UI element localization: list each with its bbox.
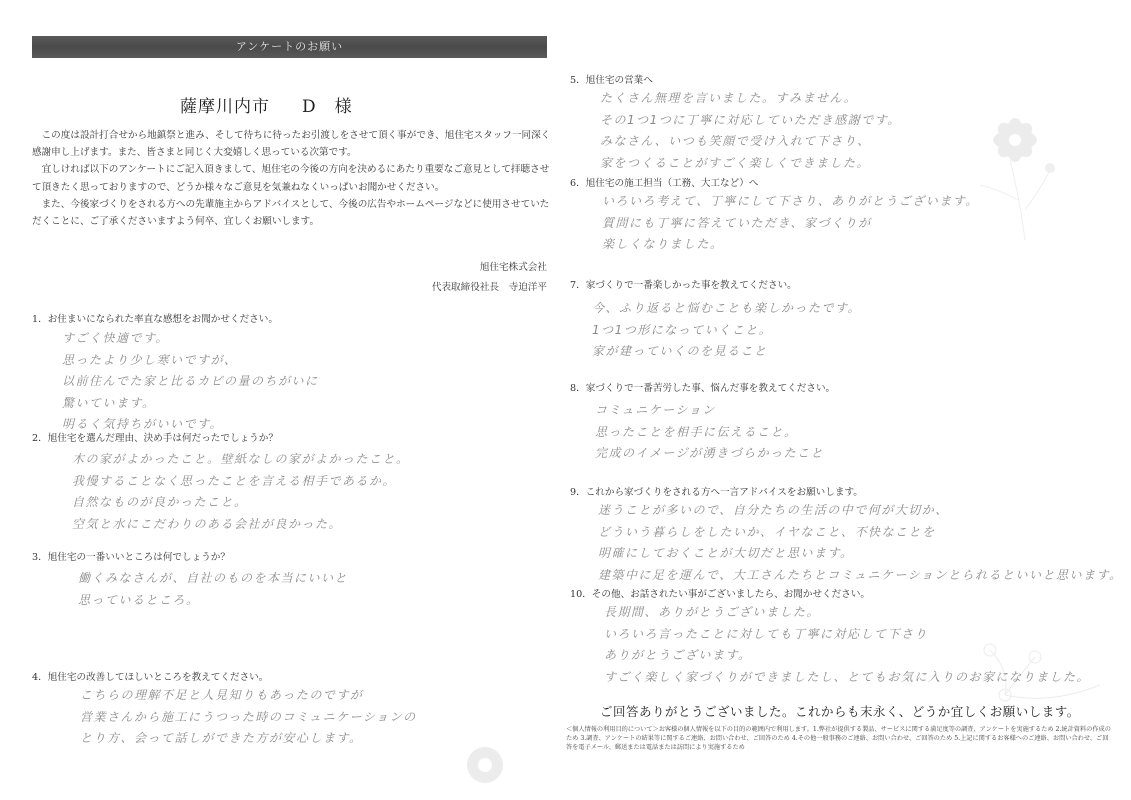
question-8: 8．家づくりで一番苦労した事、悩んだ事を教えてください。 xyxy=(570,380,835,394)
answer-line: とり方、会って話しができた方が安心します。 xyxy=(80,728,417,750)
answer-line: みなさん、いつも笑顔で受け入れて下さり、 xyxy=(600,131,901,153)
answer-line: 木の家がよかったこと。壁紙なしの家がよかったこと。 xyxy=(72,449,410,471)
answer-line: 今、ふり返ると悩むことも楽しかったです。 xyxy=(592,298,861,320)
answer-line: 明確にしておくことが大切だと思います。 xyxy=(598,543,1123,565)
answer-1: すごく快適です。 思ったより少し寒いですが、 以前住んでた家と比るカビの量のちが… xyxy=(62,328,319,436)
answer-line: 我慢することなく思ったことを言える相手であるか。 xyxy=(72,471,410,493)
answer-line: 思ったより少し寒いですが、 xyxy=(62,350,319,372)
answer-line: 自然なものが良かったこと。 xyxy=(72,492,410,514)
recipient-city: 薩摩川内市 xyxy=(180,97,270,117)
answer-line: こちらの理解不足と人見知りもあったのですが xyxy=(80,685,417,707)
answer-line: 思ったことを相手に伝えること。 xyxy=(595,422,824,444)
answer-line: すごく快適です。 xyxy=(62,328,319,350)
intro-paragraph: この度は設計打合せから地鎮祭と進み、そして待ちに待ったお引渡しをさせて頂く事がで… xyxy=(32,127,552,161)
document-title: アンケートのお願い xyxy=(236,40,343,53)
recipient-initial: D xyxy=(302,97,317,117)
question-5: 5．旭住宅の営業へ xyxy=(570,72,653,86)
answer-line: 家をつくることがすごく楽しくできました。 xyxy=(600,153,901,175)
question-1: 1．お住まいになられた率直な感想をお聞かせください。 xyxy=(32,311,278,325)
answer-line: 以前住んでた家と比るカビの量のちがいに xyxy=(62,371,319,393)
answer-line: 迷うことが多いので、自分たちの生活の中で何が大切か、 xyxy=(598,500,1123,522)
recipient-honorific: 様 xyxy=(335,97,353,117)
answer-3: 働くみなさんが、自社のものを本当にいいと 思っているところ。 xyxy=(78,568,348,611)
answer-line: 完成のイメージが湧きづらかったこと xyxy=(595,443,824,465)
answer-line: 家が建っていくのを見ること xyxy=(592,341,861,363)
question-3: 3．旭住宅の一番いいところは何でしょうか？ xyxy=(32,549,230,563)
answer-6: いろいろ考えて、丁寧にして下さり、ありがとうございます。 質問にも丁寧に答えてい… xyxy=(602,191,979,256)
answer-line: たくさん無理を言いました。すみません。 xyxy=(600,88,901,110)
question-9: 9．これから家づくりをされる方へ一言アドバイスをお願いします。 xyxy=(570,484,863,498)
intro-text: この度は設計打合せから地鎮祭と進み、そして待ちに待ったお引渡しをさせて頂く事がで… xyxy=(32,127,552,230)
question-4: 4．旭住宅の改善してほしいところを教えてください。 xyxy=(32,669,268,683)
answer-line: 働くみなさんが、自社のものを本当にいいと xyxy=(78,568,348,590)
answer-line: 営業さんから施工にうつった時のコミュニケーションの xyxy=(80,707,417,729)
answer-4: こちらの理解不足と人見知りもあったのですが 営業さんから施工にうつった時のコミュ… xyxy=(80,685,417,750)
company-signature: 旭住宅株式会社 代表取締役社長 寺迫洋平 xyxy=(432,258,547,298)
intro-paragraph: 宜しければ以下のアンケートにご記入頂きまして、旭住宅の今後の方向を決めるにあたり… xyxy=(32,161,552,195)
question-10: 10．その他、お話されたい事がございましたら、お聞かせください。 xyxy=(570,586,870,600)
answer-line: 空気と水にこだわりのある会社が良かった。 xyxy=(72,514,410,536)
answer-line: その1つ1つに丁寧に対応していただき感謝です。 xyxy=(600,110,901,132)
answer-line: 楽しくなりました。 xyxy=(602,234,979,256)
answer-5: たくさん無理を言いました。すみません。 その1つ1つに丁寧に対応していただき感謝… xyxy=(600,88,901,174)
recipient-line: 薩摩川内市D様 xyxy=(180,92,353,117)
question-7: 7．家づくりで一番楽しかった事を教えてください。 xyxy=(570,277,797,291)
cosmos-flower-icon xyxy=(960,100,1070,240)
header-bar: アンケートのお願い xyxy=(32,36,547,58)
answer-2: 木の家がよかったこと。壁紙なしの家がよかったこと。 我慢することなく思ったことを… xyxy=(72,449,410,535)
question-2: 2．旭住宅を選んだ理由、決め手は何だったでしょうか？ xyxy=(32,430,278,444)
answer-line: 長期間、ありがとうございました。 xyxy=(604,602,1090,624)
answer-7: 今、ふり返ると悩むことも楽しかったです。 1つ1つ形になっていくこと。 家が建っ… xyxy=(592,298,861,363)
answer-line: 思っているところ。 xyxy=(78,590,348,612)
answer-line: どういう暮らしをしたいか、イヤなこと、不快なことを xyxy=(598,522,1123,544)
question-6: 6．旭住宅の施工担当（工務、大工など）へ xyxy=(570,175,758,189)
signatory: 代表取締役社長 寺迫洋平 xyxy=(432,278,547,298)
flower-stamp-icon xyxy=(460,740,510,790)
floral-outline-icon xyxy=(960,625,1120,735)
answer-line: いろいろ考えて、丁寧にして下さり、ありがとうございます。 xyxy=(602,191,979,213)
answer-line: コミュニケーション xyxy=(595,400,824,422)
company-name: 旭住宅株式会社 xyxy=(432,258,547,278)
answer-line: 質問にも丁寧に答えていただき、家づくりが xyxy=(602,213,979,235)
answer-9: 迷うことが多いので、自分たちの生活の中で何が大切か、 どういう暮らしをしたいか、… xyxy=(598,500,1123,586)
answer-8: コミュニケーション 思ったことを相手に伝えること。 完成のイメージが湧きづらかっ… xyxy=(595,400,824,465)
answer-line: 1つ1つ形になっていくこと。 xyxy=(592,320,861,342)
intro-paragraph: また、今後家づくりをされる方への先輩施主からアドバイスとして、今後の広告やホーム… xyxy=(32,196,552,230)
answer-line: 建築中に足を運んで、大工さんたちとコミュニケーションとられるといいと思います。 xyxy=(598,565,1123,587)
answer-line: 驚いています。 xyxy=(62,393,319,415)
